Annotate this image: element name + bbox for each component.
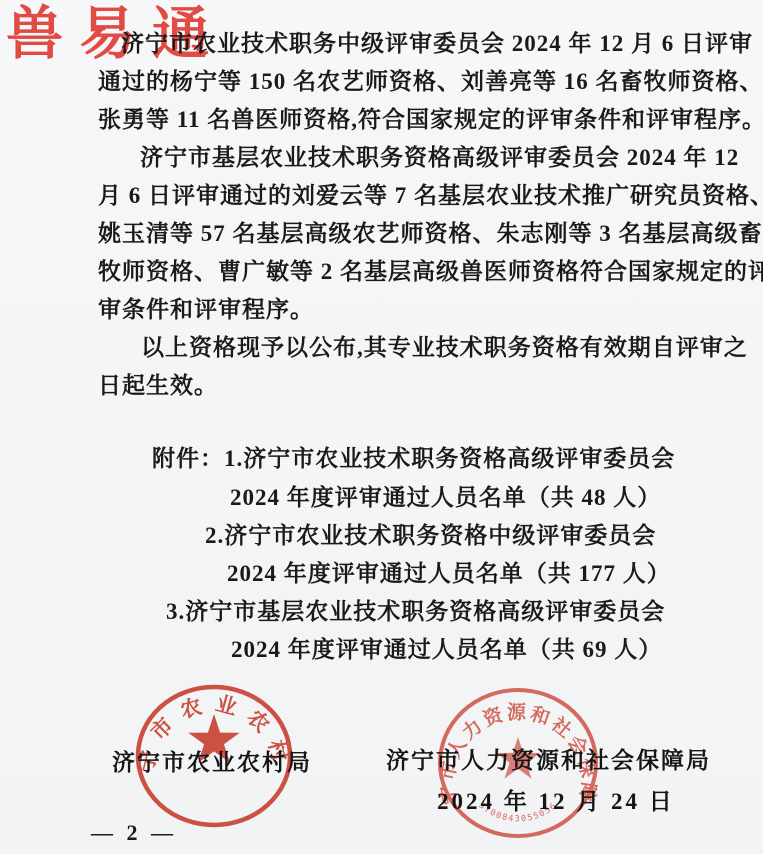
attachment-item-1-title: 1.济宁市农业技术职务资格高级评审委员会 <box>224 446 675 471</box>
signature-org-left: 济宁市农业农村局 <box>112 744 312 777</box>
body-line: 日起生效。 <box>98 373 218 399</box>
body-line: 牧师资格、曹广敏等 2 名基层高级兽医师资格符合国家规定的评 <box>98 259 763 285</box>
body-line: 济宁市农业技术职务中级评审委员会 2024 年 12 月 6 日评审 <box>121 31 753 57</box>
signature-org-right: 济宁市人力资源和社会保障局 <box>386 742 711 775</box>
attachment-item-1-subtitle: 2024 年度评审通过人员名单（共 48 人） <box>230 485 661 511</box>
body-line: 张勇等 11 名兽医师资格,符合国家规定的评审条件和评审程序。 <box>98 107 763 133</box>
body-line: 济宁市基层农业技术职务资格高级评审委员会 2024 年 12 <box>140 145 739 171</box>
signature-date: 2024 年 12 月 24 日 <box>437 783 675 816</box>
body-line: 月 6 日评审通过的刘爱云等 7 名基层农业技术推广研究员资格、 <box>98 183 763 209</box>
body-line: 审条件和评审程序。 <box>98 297 314 323</box>
body-line: 以上资格现予以公布,其专业技术职务资格有效期自评审之 <box>141 335 748 361</box>
attachment-label: 附件： <box>152 446 224 471</box>
body-line: 姚玉清等 57 名基层高级农艺师资格、朱志刚等 3 名基层高级畜 <box>98 221 763 247</box>
attachment-line-1: 附件：1.济宁市农业技术职务资格高级评审委员会 <box>152 446 675 472</box>
attachment-item-3-subtitle: 2024 年度评审通过人员名单（共 69 人） <box>231 637 662 663</box>
attachment-item-2-subtitle: 2024 年度评审通过人员名单（共 177 人） <box>227 561 671 587</box>
attachment-item-3-title: 3.济宁市基层农业技术职务资格高级评审委员会 <box>166 599 665 625</box>
attachment-item-2-title: 2.济宁市农业技术职务资格中级评审委员会 <box>205 523 656 549</box>
body-line: 通过的杨宁等 150 名农艺师资格、刘善亮等 16 名畜牧师资格、 <box>98 69 763 95</box>
document-page: 兽易通 济宁市农业技术职务中级评审委员会 2024 年 12 月 6 日评审 通… <box>0 0 763 854</box>
page-number: — 2 — <box>91 820 177 846</box>
